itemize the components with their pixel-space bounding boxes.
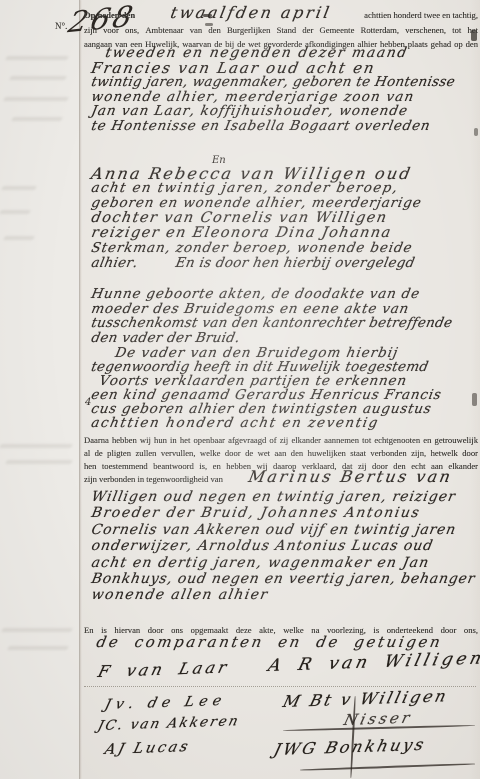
bride-line: dochter van Cornelis van Willigen [90,211,480,226]
consent-line: De vader van den Bruidegom hierbij [114,346,480,360]
documents-paragraph: Hunne geboorte akten, de doodakte van de… [90,287,478,345]
signature-groom: F van Laar [96,657,232,681]
bleedthrough-mark [7,646,68,650]
witness-line: wonende allen alhier [90,587,480,603]
vows-line: al de pligten zullen vervullen, welke do… [84,447,478,460]
bride-line: acht en twintig jaren, zonder beroep, [90,181,480,196]
bleedthrough-mark [5,460,72,464]
bleedthrough-mark [3,97,68,101]
bride-line-last-and-submitted: alhier.En is door hen hierbij overgelegd [90,256,480,271]
intro-line-2: zijn voor ons, Ambtenaar van den Burgerl… [84,25,478,35]
documents-line: den vader der Bruid. [90,331,480,346]
witnesses-paragraph: Willigen oud negen en twintig jaren, rei… [90,489,478,604]
bride-residence: alhier. [90,255,139,271]
fold-line [79,0,80,779]
groom-paragraph: tweeden en negenden dezer maand Francies… [90,46,478,134]
witness-line: onderwijzer, Arnoldus Antonius Lucas oud [90,538,480,554]
vows-section: Daarna hebben wij hun in het openbaar af… [84,434,478,486]
margin-insertion-mark: 4 [85,397,91,408]
bleedthrough-mark [1,628,72,632]
groom-line: Jan van Laar, koffijhuishouder, wonende [90,104,480,119]
consent-line: cus geboren alhier den twintigsten augus… [90,402,480,416]
bleedthrough-mark [5,56,68,60]
witness-line: Cornelis van Akkeren oud vijf en twintig… [90,522,480,538]
closing-handwritten: de comparanten en de getuigen [95,633,444,651]
act-number-label: N°. [55,21,67,31]
intro-section: Op heden den twaalfden april achttien ho… [84,6,478,49]
bride-line: reiziger en Eleonora Dina Johanna [90,226,480,241]
documents-line: moeder des Bruidegoms en eene akte van [90,302,480,317]
consent-line: tegenwoordig heeft in dit Huwelijk toege… [90,360,480,374]
signature-witness: M Bt v Willigen [281,686,451,711]
signature-witness: AJ Lucas [103,739,192,758]
marriage-certificate-scan: N°. 268 Op heden den twaalfden april ach… [0,0,480,779]
bleedthrough-mark [3,236,34,240]
witness-line: Willigen oud negen en twintig jaren, rei… [90,489,480,505]
bride-line: Anna Rebecca van Willigen oud [90,166,480,181]
vows-line: Daarna hebben wij hun in het openbaar af… [84,434,478,447]
bleedthrough-mark [9,76,66,80]
submitted-docs-opening: En is door hen hierbij overgelegd [174,255,416,271]
bleedthrough-mark [0,210,31,214]
bride-paragraph: Anna Rebecca van Willigen oud acht en tw… [90,166,478,271]
bride-line: geboren en wonende alhier, meerderjarige [90,196,480,211]
intro-year: achttien honderd twee en tachtig, [364,10,478,20]
witness-line: Bonkhuys, oud negen en veertig jaren, be… [90,571,480,587]
groom-line: Francies van Laar oud acht en [90,61,480,76]
signature-witness: Jv. de Lee [103,693,228,713]
consent-line: een kind genaamd Gerardus Henricus Franc… [90,388,480,402]
consent-paragraph: De vader van den Bruidegom hierbij tegen… [90,346,478,430]
witness-line: Broeder der Bruid, Johannes Antonius [90,505,480,521]
witness-line: acht en dertig jaren, wagenmaker en Jan [90,555,480,571]
intro-prefix: Op heden den [84,10,135,20]
consent-line: Voorts verklaarden partijen te erkennen [98,374,480,388]
bleedthrough-mark [11,117,62,121]
signature-witness: JC. van Akkeren [96,713,242,734]
bleedthrough-mark [1,186,36,190]
groom-line: twintig jaren, wagenmaker, geboren te Ho… [90,75,480,90]
witness-opening: Marinus Bertus van [247,467,454,486]
pen-stroke [300,763,475,771]
documents-line: tusschenkomst van den kantonrechter betr… [90,316,480,331]
consent-line: achttien honderd acht en zeventig [90,416,480,430]
vows-line-last: zijn verbonden in tegenwoordigheid van [84,474,223,484]
handwritten-date: twaalfden april [169,3,333,22]
documents-line: Hunne geboorte akten, de doodakte van de [90,287,480,302]
bleedthrough-mark [0,444,73,448]
bride-line: Sterkman, zonder beroep, wonende beide [90,241,480,256]
groom-line: te Hontenisse en Isabella Bogaart overle… [90,119,480,134]
signature-bride: A R van Willigen [266,649,480,676]
